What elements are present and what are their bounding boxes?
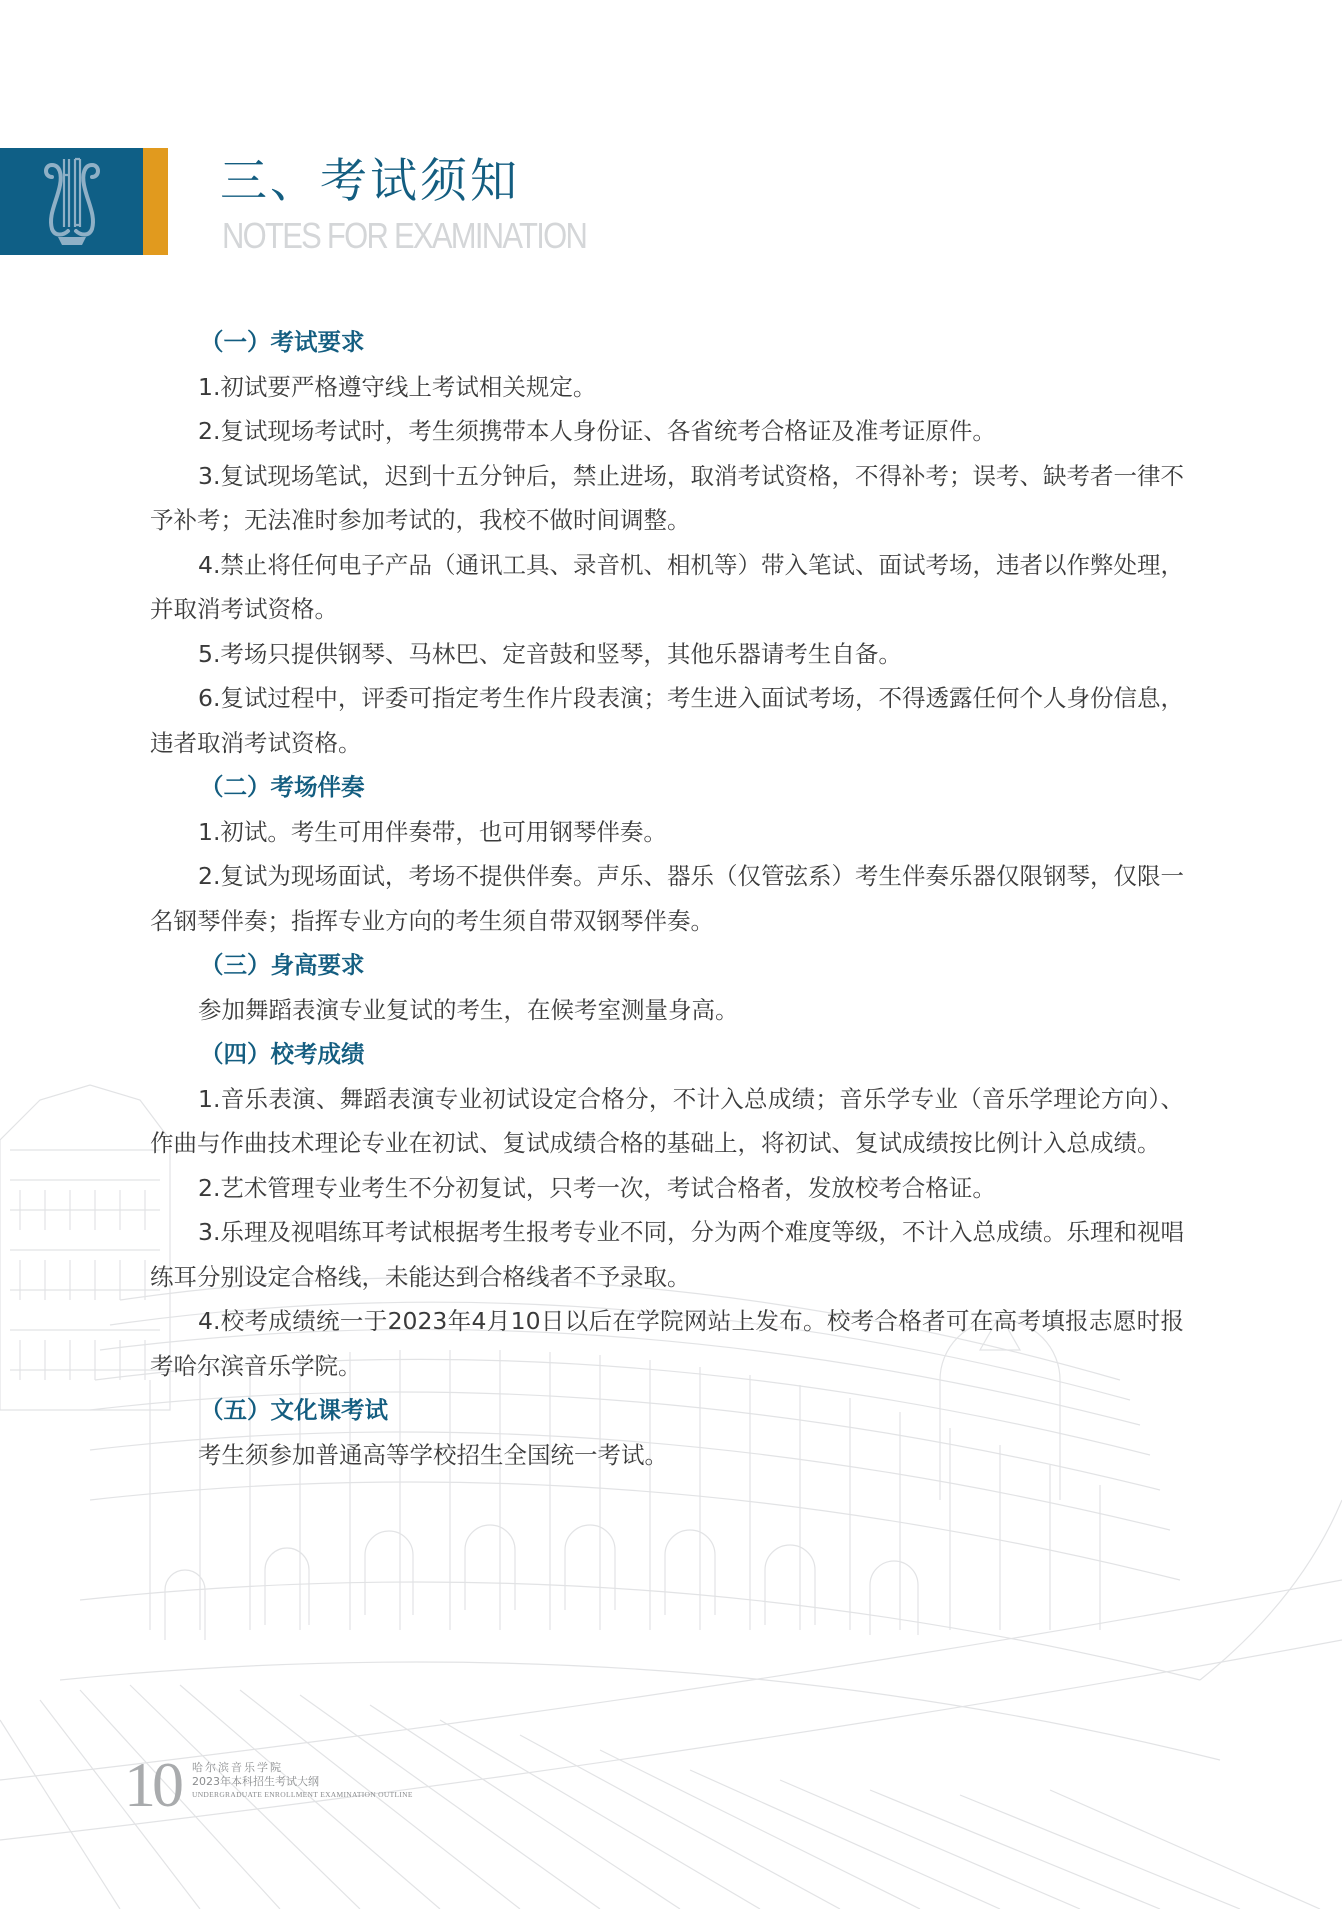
notes-content: （一）考试要求 1.初试要严格遵守线上考试相关规定。 2.复试现场考试时，考生须… <box>150 320 1184 1477</box>
page-title: 三、考试须知 <box>220 150 520 214</box>
footer-text: 哈尔滨音乐学院 2023年本科招生考试大纲 UNDERGRADUATE ENRO… <box>192 1761 413 1801</box>
section-exam-requirements: （一）考试要求 1.初试要严格遵守线上考试相关规定。 2.复试现场考试时，考生须… <box>150 320 1184 765</box>
footer-doc-title: 2023年本科招生考试大纲 <box>192 1775 413 1789</box>
page-subtitle: NOTES FOR EXAMINATION <box>222 214 586 258</box>
paragraph: 5.考场只提供钢琴、马林巴、定音鼓和竖琴，其他乐器请考生自备。 <box>150 632 1184 677</box>
paragraph: 6.复试过程中，评委可指定考生作片段表演；考生进入面试考场，不得透露任何个人身份… <box>150 676 1184 765</box>
paragraph: 1.初试要严格遵守线上考试相关规定。 <box>150 365 1184 410</box>
section-height-requirements: （三）身高要求 参加舞蹈表演专业复试的考生，在候考室测量身高。 <box>150 943 1184 1032</box>
header-banner-accent <box>143 148 168 255</box>
section-heading: （四）校考成绩 <box>150 1032 1184 1077</box>
section-heading: （三）身高要求 <box>150 943 1184 988</box>
section-cultural-exam: （五）文化课考试 考生须参加普通高等学校招生全国统一考试。 <box>150 1388 1184 1477</box>
page-number: 10 <box>124 1753 180 1817</box>
paragraph: 1.初试。考生可用伴奏带，也可用钢琴伴奏。 <box>150 810 1184 855</box>
paragraph: 参加舞蹈表演专业复试的考生，在候考室测量身高。 <box>150 988 1184 1033</box>
section-heading: （一）考试要求 <box>150 320 1184 365</box>
section-school-exam-scores: （四）校考成绩 1.音乐表演、舞蹈表演专业初试设定合格分，不计入总成绩；音乐学专… <box>150 1032 1184 1388</box>
paragraph: 4.禁止将任何电子产品（通讯工具、录音机、相机等）带入笔试、面试考场，违者以作弊… <box>150 543 1184 632</box>
section-accompaniment: （二）考场伴奏 1.初试。考生可用伴奏带，也可用钢琴伴奏。 2.复试为现场面试，… <box>150 765 1184 943</box>
paragraph: 4.校考成绩统一于2023年4月10日以后在学院网站上发布。校考合格者可在高考填… <box>150 1299 1184 1388</box>
paragraph: 2.复试现场考试时，考生须携带本人身份证、各省统考合格证及准考证原件。 <box>150 409 1184 454</box>
paragraph: 3.复试现场笔试，迟到十五分钟后，禁止进场，取消考试资格，不得补考；误考、缺考者… <box>150 454 1184 543</box>
paragraph: 考生须参加普通高等学校招生全国统一考试。 <box>150 1433 1184 1478</box>
paragraph: 3.乐理及视唱练耳考试根据考生报考专业不同，分为两个难度等级，不计入总成绩。乐理… <box>150 1210 1184 1299</box>
section-heading: （五）文化课考试 <box>150 1388 1184 1433</box>
section-heading: （二）考场伴奏 <box>150 765 1184 810</box>
footer-school-name: 哈尔滨音乐学院 <box>192 1761 413 1775</box>
paragraph: 1.音乐表演、舞蹈表演专业初试设定合格分，不计入总成绩；音乐学专业（音乐学理论方… <box>150 1077 1184 1166</box>
lyre-hcm-logo-icon <box>42 155 102 249</box>
paragraph: 2.复试为现场面试，考场不提供伴奏。声乐、器乐（仅管弦系）考生伴奏乐器仅限钢琴，… <box>150 854 1184 943</box>
paragraph: 2.艺术管理专业考生不分初复试，只考一次，考试合格者，发放校考合格证。 <box>150 1166 1184 1211</box>
footer-doc-title-en: UNDERGRADUATE ENROLLMENT EXAMINATION OUT… <box>192 1789 413 1801</box>
